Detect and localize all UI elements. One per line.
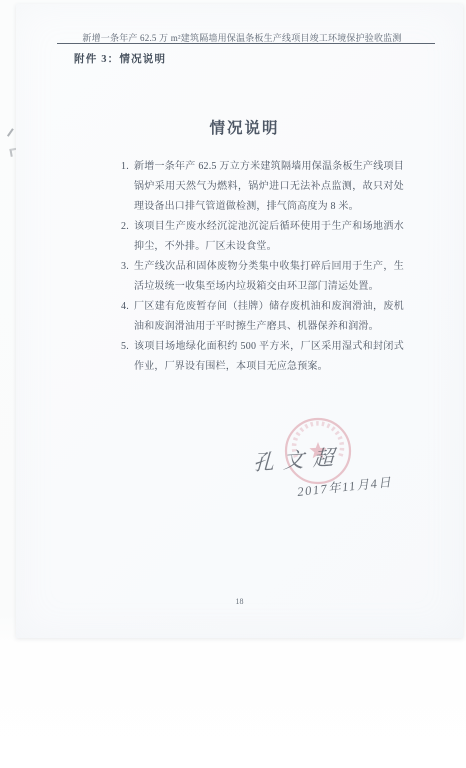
- list-item-number: 2.: [121, 217, 129, 237]
- list-item-text: 新增一条年产 62.5 万立方米建筑隔墙用保温条板生产线项目锅炉采用天然气为燃料…: [134, 161, 404, 212]
- list-item-text: 该项目生产废水经沉淀池沉淀后循环使用于生产和场地洒水抑尘，不外排。厂区未设食堂。: [134, 221, 404, 252]
- list-item-4: 4. 厂区建有危废暂存间（挂牌）储存废机油和废润滑油，废机油和废润滑油用于平时擦…: [121, 297, 404, 337]
- page-number: 18: [16, 597, 463, 606]
- list-item-number: 5.: [121, 337, 129, 357]
- list-item-5: 5. 该项目场地绿化面积约 500 平方米，厂区采用湿式和封闭式作业，厂界设有围…: [121, 337, 404, 377]
- list-item-3: 3. 生产线次品和固体废物分类集中收集打碎后回用于生产，生活垃圾统一收集至场内垃…: [121, 257, 404, 297]
- list-item-1: 1. 新增一条年产 62.5 万立方米建筑隔墙用保温条板生产线项目锅炉采用天然气…: [121, 157, 404, 217]
- scan-artifact: [1, 124, 14, 137]
- header-rule: [57, 43, 435, 44]
- list-item-text: 该项目场地绿化面积约 500 平方米，厂区采用湿式和封闭式作业，厂界设有围栏，本…: [134, 341, 404, 372]
- statement-list: 1. 新增一条年产 62.5 万立方米建筑隔墙用保温条板生产线项目锅炉采用天然气…: [121, 157, 404, 377]
- scan-background: 新增一条年产 62.5 万 m²建筑隔墙用保温条板生产线项目竣工环境保护验收监测…: [0, 0, 466, 768]
- list-item-text: 厂区建有危废暂存间（挂牌）储存废机油和废润滑油，废机油和废润滑油用于平时擦生产磨…: [134, 301, 404, 332]
- list-item-number: 1.: [121, 157, 129, 177]
- attachment-label: 附件 3：情况说明: [74, 51, 166, 66]
- document-page: 新增一条年产 62.5 万 m²建筑隔墙用保温条板生产线项目竣工环境保护验收监测…: [16, 4, 463, 638]
- list-item-number: 4.: [121, 297, 129, 317]
- list-item-number: 3.: [121, 257, 129, 277]
- document-title: 情况说明: [16, 116, 463, 138]
- handwritten-signature: 孔文超: [253, 441, 344, 477]
- list-item-text: 生产线次品和固体废物分类集中收集打碎后回用于生产，生活垃圾统一收集至场内垃圾箱交…: [134, 261, 404, 292]
- list-item-2: 2. 该项目生产废水经沉淀池沉淀后循环使用于生产和场地洒水抑尘，不外排。厂区未设…: [121, 217, 404, 257]
